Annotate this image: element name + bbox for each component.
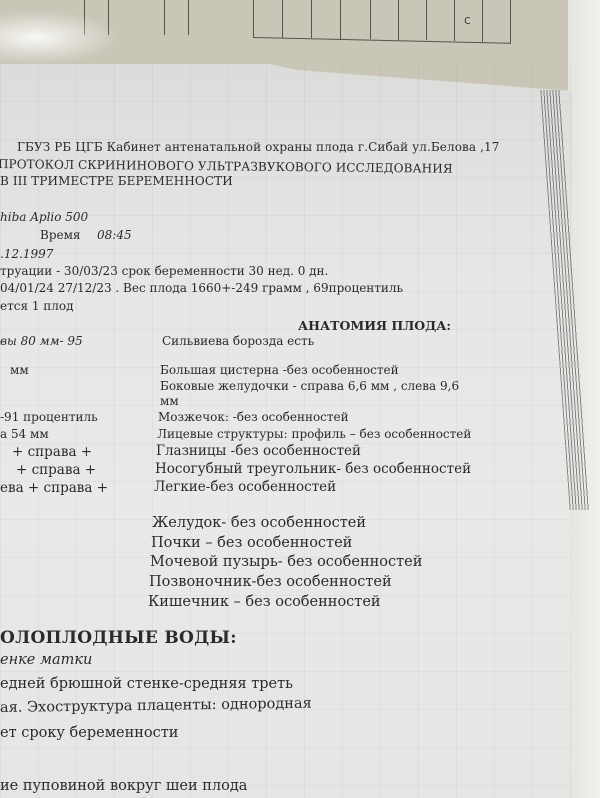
anatomy-item: Сильвиева борозда есть <box>162 334 314 348</box>
table-line <box>426 0 427 40</box>
table-line <box>454 0 455 41</box>
amniotic-line: ет сроку беременности <box>0 725 178 741</box>
table-line <box>282 0 283 38</box>
table-line <box>510 0 511 43</box>
menstruation-line: труации - 30/03/23 срок беременности 30 … <box>0 264 328 278</box>
left-value-5: + справа + <box>12 444 92 460</box>
amniotic-line: енке матки <box>0 652 92 668</box>
table-line <box>253 0 254 38</box>
time-value: 08:45 <box>97 228 132 242</box>
organ-item: Мочевой пузырь- без особенностей <box>150 554 422 570</box>
table-line <box>370 0 371 39</box>
anatomy-item: Легкие-без особенностей <box>154 479 336 495</box>
anatomy-item: Мозжечок: -без особенностей <box>158 410 349 424</box>
dates-weight-line: 04/01/24 27/12/23 . Вес плода 1660+-249 … <box>0 281 403 295</box>
table-line <box>482 0 483 42</box>
amniotic-line: едней брюшной стенке-средняя треть <box>0 676 293 692</box>
device-name: hiba Aplio 500 <box>0 210 88 224</box>
left-value-1: вы 80 мм- 95 <box>0 334 83 348</box>
table-line <box>164 0 165 35</box>
table-line <box>253 37 511 44</box>
birth-date: .12.1997 <box>0 247 53 261</box>
trimester-title: В III ТРИМЕСТРЕ БЕРЕМЕННОСТИ <box>0 174 233 188</box>
left-value-6: + справа + <box>16 462 96 478</box>
anatomy-item: Лицевые структуры: профиль – без особенн… <box>157 427 471 441</box>
amniotic-title: ОЛОПЛОДНЫЕ ВОДЫ: <box>0 628 237 648</box>
organ-item: Позвоночник-без особенностей <box>149 574 392 590</box>
time-label: Время <box>40 228 81 242</box>
left-value-7: ева + справа + <box>0 480 108 496</box>
table-line <box>311 0 312 38</box>
anatomy-item: Глазницы -без особенностей <box>156 443 361 459</box>
plastic-glare <box>0 10 120 65</box>
organ-item: Желудок- без особенностей <box>152 515 366 531</box>
organ-item: Кишечник – без особенностей <box>148 594 381 610</box>
fetus-count-line: ется 1 плод <box>0 299 74 313</box>
anatomy-item: Носогубный треугольник- без особенностей <box>155 461 471 477</box>
clinic-header: ГБУЗ РБ ЦГБ Кабинет антенатальной охраны… <box>17 140 499 154</box>
left-value-2: мм <box>10 363 29 377</box>
anatomy-item: Боковые желудочки - справа 6,6 мм , слев… <box>160 379 459 393</box>
table-line <box>340 0 341 39</box>
organ-item: Почки – без особенностей <box>151 535 352 551</box>
left-value-3: -91 процентиль <box>0 410 98 424</box>
cell-letter: c <box>464 13 471 27</box>
amniotic-line: ие пуповиной вокруг шеи плода <box>0 778 247 794</box>
anatomy-item: Большая цистерна -без особенностей <box>160 363 399 377</box>
table-line <box>398 0 399 40</box>
table-line <box>188 0 189 35</box>
anatomy-item: мм <box>160 394 179 408</box>
anatomy-title: АНАТОМИЯ ПЛОДА: <box>298 318 451 333</box>
left-value-4: а 54 мм <box>0 427 49 441</box>
